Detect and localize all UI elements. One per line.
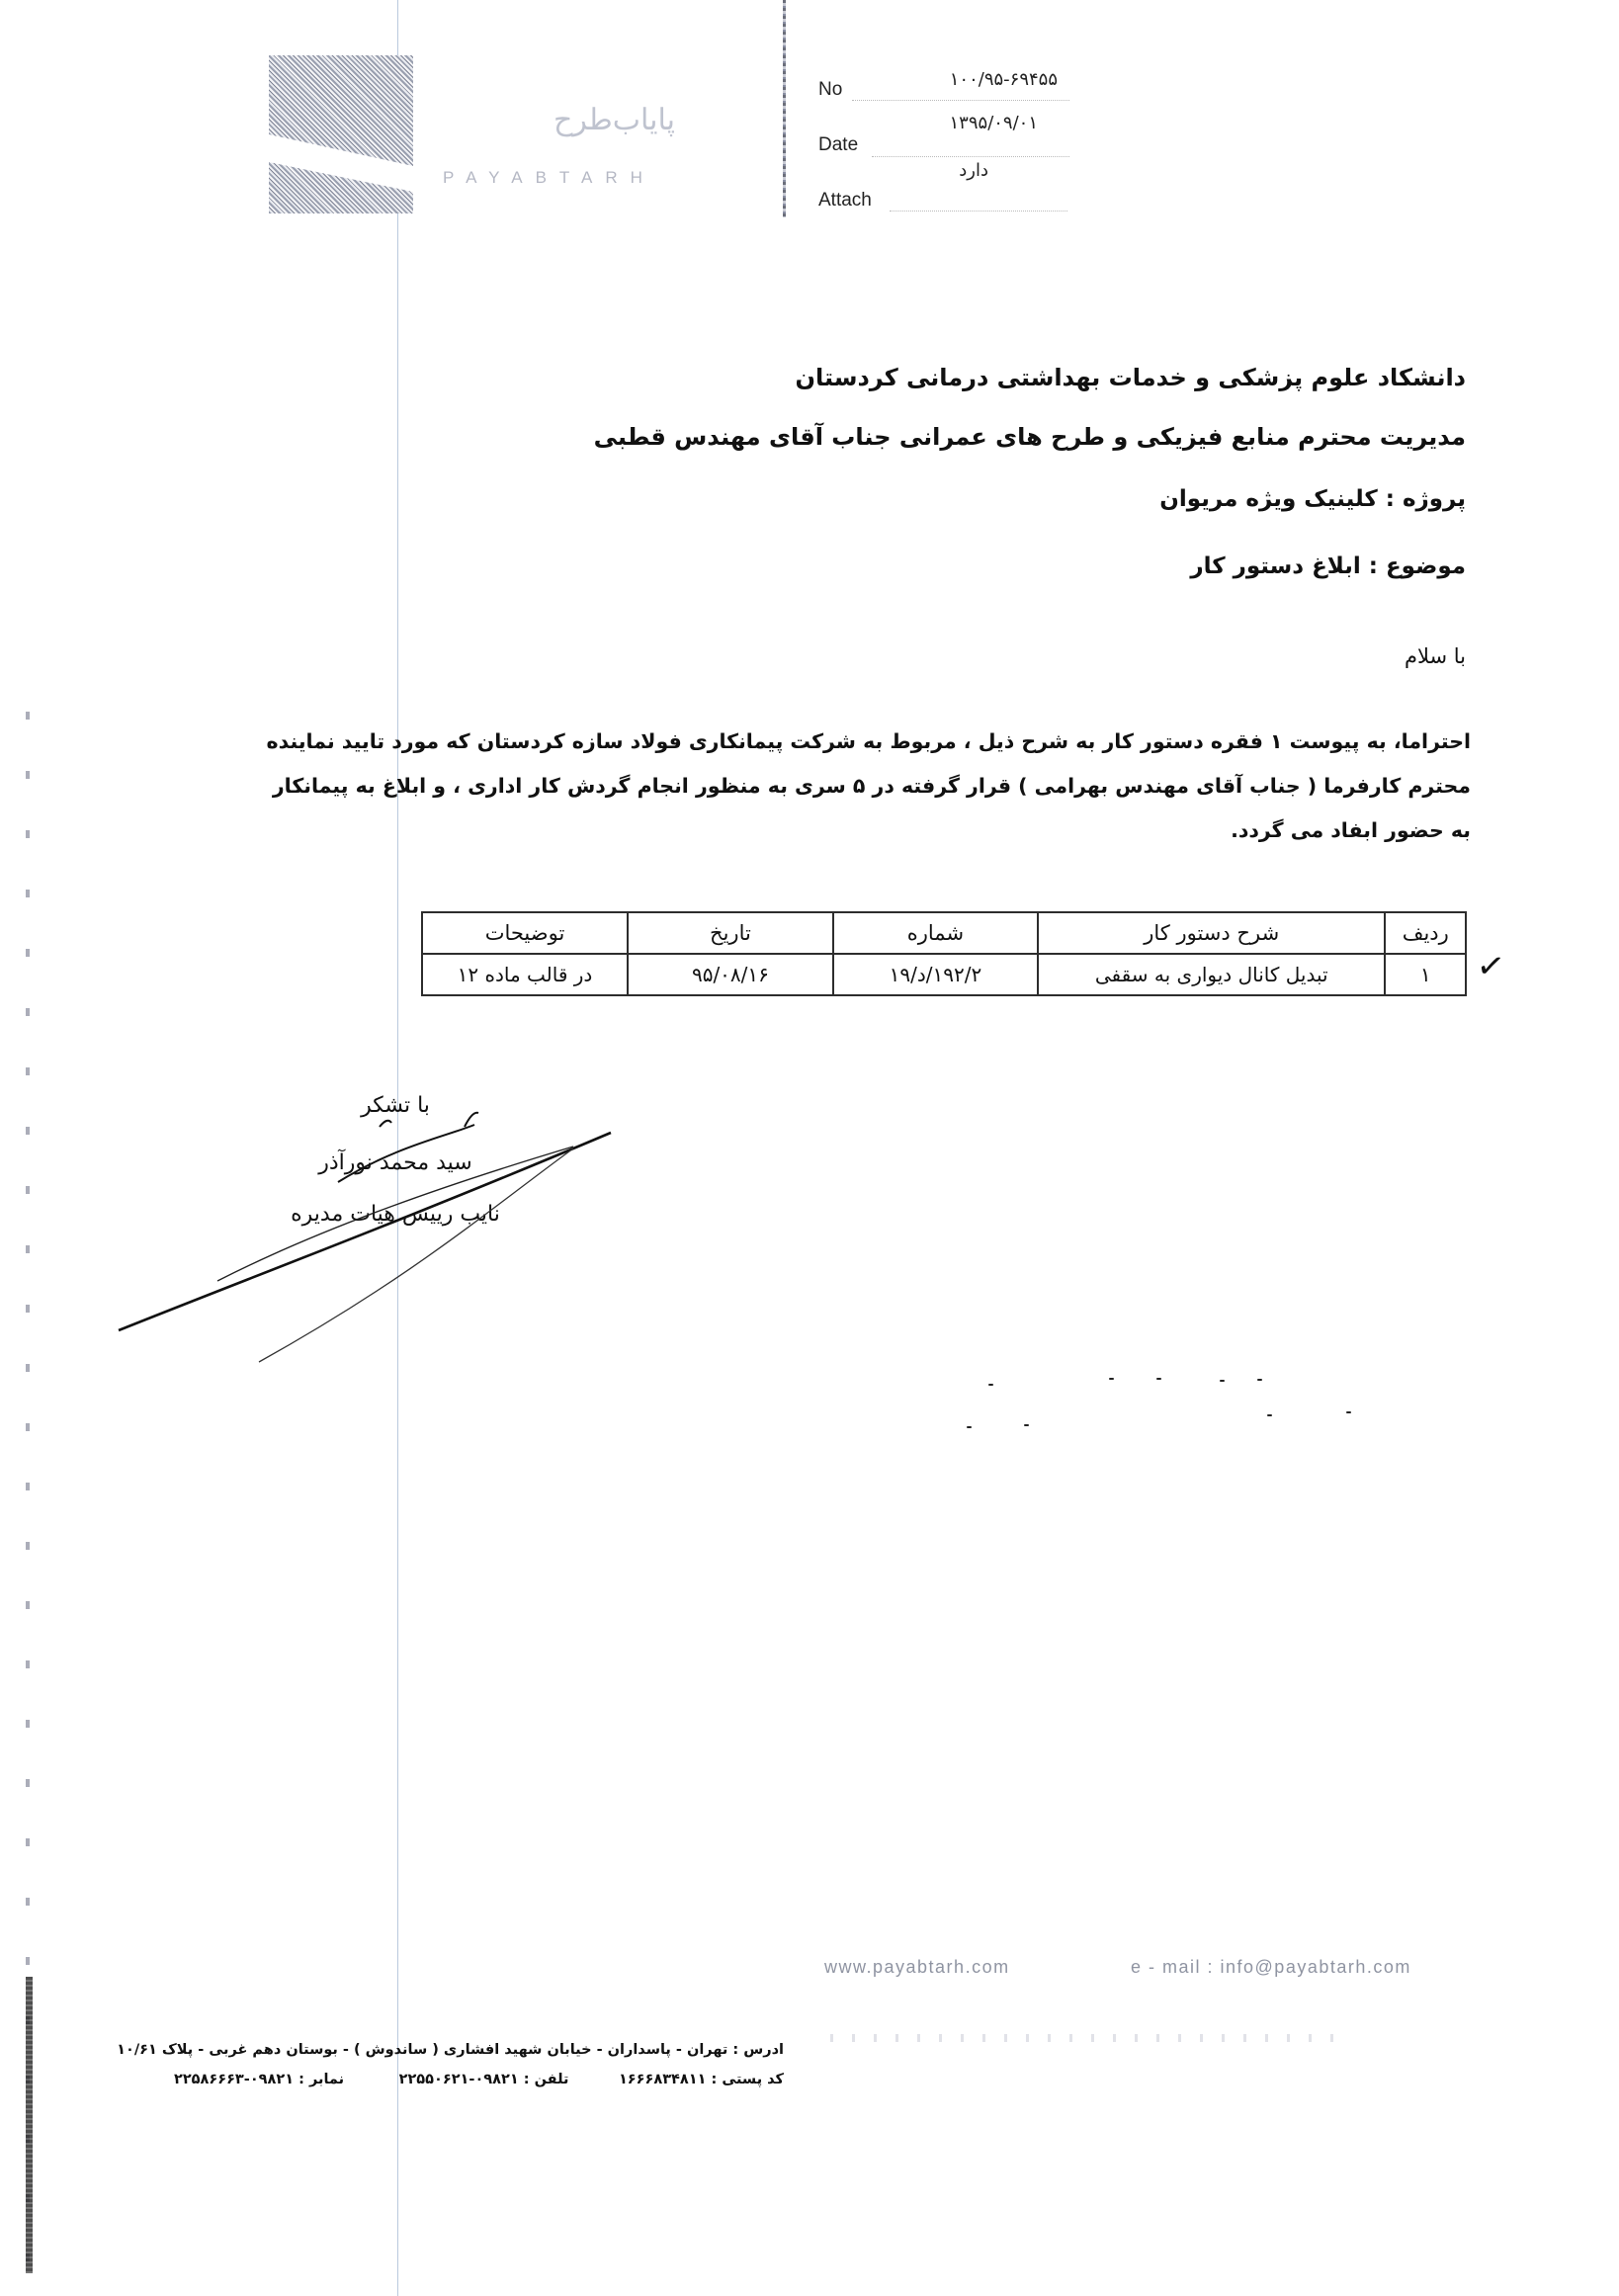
footer-website-link[interactable]: www.payabtarh.com bbox=[824, 1957, 1010, 1978]
handwritten-signature-icon bbox=[0, 0, 1619, 1384]
footer-faint-print bbox=[830, 2034, 1334, 2042]
footer-contact: کد پستی : ۱۶۶۶۸۳۴۸۱۱ تلفن : ۰۹۸۲۱-۲۲۵۵۰۶… bbox=[174, 2072, 784, 2087]
footer-address: ادرس : تهران - پاسداران - خیابان شهید اف… bbox=[117, 2042, 784, 2058]
scan-margin-shadow bbox=[26, 1977, 33, 2273]
footer-email-link[interactable]: e - mail : info@payabtarh.com bbox=[1131, 1957, 1411, 1978]
